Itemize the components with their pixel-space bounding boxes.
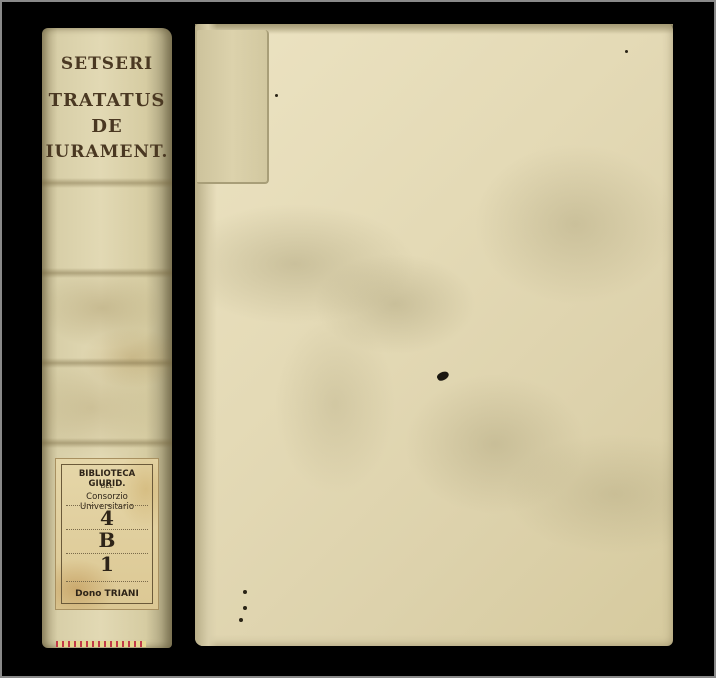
- wormhole: [239, 618, 243, 622]
- spine-title-line: TRATATUS: [42, 90, 172, 111]
- vellum-flap: [197, 30, 269, 184]
- label-shelfmark-3: 1: [62, 553, 152, 575]
- spine-title-line: IURAMENT.: [42, 142, 172, 162]
- label-shelfmark-1: 4: [62, 507, 152, 529]
- spine-author: SETSERI: [42, 54, 172, 74]
- photo-frame: SETSERI TRATATUS DE IURAMENT. BIBLIOTECA…: [0, 0, 716, 678]
- wormhole: [275, 94, 278, 97]
- wormhole: [625, 50, 628, 53]
- label-shelfmark-2: B: [62, 529, 152, 551]
- book-front-cover: [195, 24, 673, 646]
- spine-band: [42, 358, 172, 368]
- book-spine: SETSERI TRATATUS DE IURAMENT. BIBLIOTECA…: [42, 28, 172, 648]
- label-donor: Dono TRIANI: [62, 589, 152, 599]
- sprinkled-edge: [56, 641, 146, 647]
- wormhole: [243, 606, 247, 610]
- library-label: BIBLIOTECA GIURID. DEL Consorzio Univers…: [55, 458, 159, 610]
- spine-title-line: DE: [42, 116, 172, 137]
- ink-blot: [436, 370, 450, 383]
- spine-band: [42, 178, 172, 188]
- label-divider: [66, 581, 148, 582]
- spine-band: [42, 438, 172, 448]
- wormhole: [243, 590, 247, 594]
- spine-band: [42, 268, 172, 278]
- label-del: DEL: [62, 482, 152, 490]
